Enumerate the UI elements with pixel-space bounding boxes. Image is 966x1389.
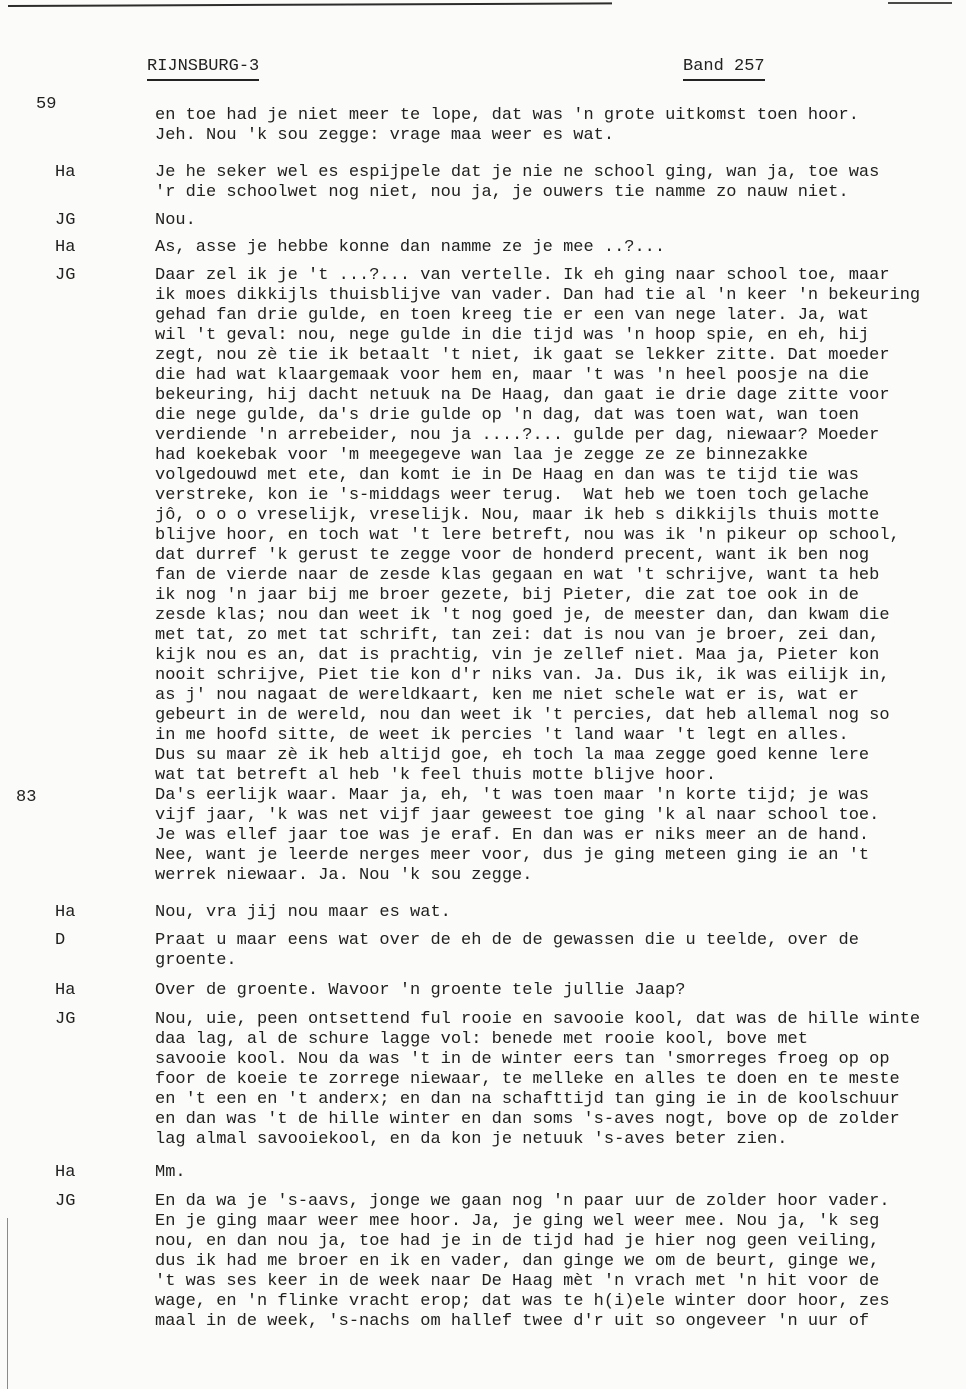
speaker-label: Ha bbox=[55, 238, 75, 258]
utterance-text: Nou. bbox=[155, 211, 966, 231]
utterance-text: Nou, uie, peen ontsettend ful rooie en s… bbox=[155, 1010, 966, 1150]
speaker-label: Ha bbox=[55, 903, 75, 923]
utterance-text: As, asse je hebbe konne dan namme ze je … bbox=[155, 238, 966, 258]
speaker-label: JG bbox=[55, 266, 75, 286]
scanned-transcript-page: RIJNSBURG-3 Band 257 59 83 en toe had je… bbox=[0, 0, 966, 1389]
speaker-label: JG bbox=[55, 1010, 75, 1030]
utterance: JG Nou. bbox=[0, 211, 966, 231]
utterance: en toe had je niet meer te lope, dat was… bbox=[0, 106, 966, 146]
speaker-label: D bbox=[55, 931, 65, 951]
scan-edge-line-top-right bbox=[888, 2, 952, 4]
speaker-label: Ha bbox=[55, 1163, 75, 1183]
utterance: Ha As, asse je hebbe konne dan namme ze … bbox=[0, 238, 966, 258]
utterance: Ha Je he seker wel es espijpele dat je n… bbox=[0, 163, 966, 203]
speaker-label: JG bbox=[55, 1192, 75, 1212]
utterance-text: en toe had je niet meer te lope, dat was… bbox=[155, 106, 966, 146]
speaker-label: JG bbox=[55, 211, 75, 231]
band-number: Band 257 bbox=[683, 57, 765, 81]
utterance-text: Over de groente. Wavoor 'n groente tele … bbox=[155, 981, 966, 1001]
utterance: Ha Nou, vra jij nou maar es wat. bbox=[0, 903, 966, 923]
utterance-text: Je he seker wel es espijpele dat je nie … bbox=[155, 163, 966, 203]
utterance: JG En da wa je 's-aavs, jonge we gaan no… bbox=[0, 1192, 966, 1332]
scan-edge-line-top bbox=[8, 2, 612, 7]
utterance: JG Nou, uie, peen ontsettend ful rooie e… bbox=[0, 1010, 966, 1150]
utterance-text: Praat u maar eens wat over de eh de de g… bbox=[155, 931, 966, 971]
utterance-text: Nou, vra jij nou maar es wat. bbox=[155, 903, 966, 923]
utterance: Ha Mm. bbox=[0, 1163, 966, 1183]
speaker-label: Ha bbox=[55, 163, 75, 183]
utterance: D Praat u maar eens wat over de eh de de… bbox=[0, 931, 966, 971]
document-title: RIJNSBURG-3 bbox=[147, 57, 259, 81]
utterance-text: Mm. bbox=[155, 1163, 966, 1183]
utterance: JG Daar zel ik je 't ...?... van vertell… bbox=[0, 266, 966, 886]
utterance-text: Daar zel ik je 't ...?... van vertelle. … bbox=[155, 266, 966, 886]
speaker-label: Ha bbox=[55, 981, 75, 1001]
utterance-text: En da wa je 's-aavs, jonge we gaan nog '… bbox=[155, 1192, 966, 1332]
utterance: Ha Over de groente. Wavoor 'n groente te… bbox=[0, 981, 966, 1001]
